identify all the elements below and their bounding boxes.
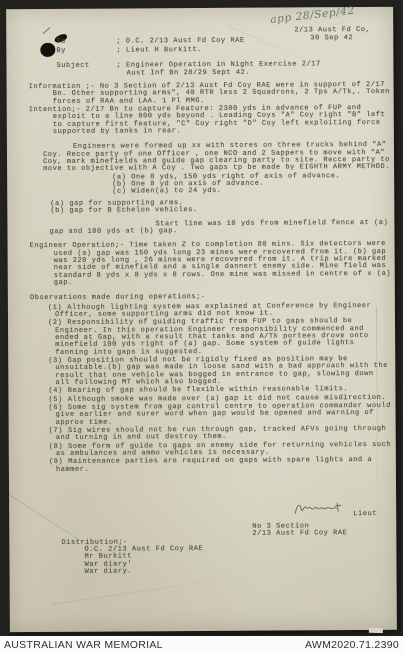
ink-blot-icon	[40, 43, 55, 57]
gap-purpose-label: (b)	[50, 207, 64, 215]
observation-text: Gap position should not be rigidly fixed…	[55, 355, 388, 387]
distribution-block: Distribution;- O.C. 2/13 Aust Fd Coy RAE…	[61, 539, 203, 576]
subject-label: Subject	[56, 61, 116, 79]
paper-edge-tab	[369, 628, 383, 633]
engineer-operation-paragraph: Engineer Operation;- Time taken Z to com…	[30, 241, 392, 287]
distribution-items: O.C. 2/13 Aust Fd Coy RAE Mr Burkitt War…	[84, 546, 203, 576]
gap-spec-label: (c)	[112, 188, 126, 196]
signature-rank: Lieut	[353, 511, 377, 518]
gap-spec-list: (a) One 8 yds, 150 yds right of axis of …	[112, 173, 391, 197]
by-row: By ; Lieut H Burkitt.	[56, 45, 320, 55]
gap-spec-text: Widen(a) to 24 yds.	[131, 187, 221, 196]
by-label: By	[56, 46, 116, 55]
observation-item: (9)Maintenance parties are required on g…	[31, 457, 393, 474]
information-paragraph: Information ;- No 3 Section of 2/13 Aust…	[29, 82, 391, 106]
observation-number: (4)	[48, 387, 62, 395]
addressing-block: To ; O.C. 2/13 Aust Fd Coy RAE By ; Lieu…	[56, 36, 321, 79]
signature-icon	[292, 500, 344, 518]
gap-purpose-text: gap for B Echelon vehicles.	[69, 206, 197, 215]
observation-text: Some sig system from gap control centre …	[56, 402, 391, 427]
observation-number: (5)	[48, 396, 62, 404]
subject-row: Subject ; Engineer Operation in Night Ex…	[56, 60, 320, 79]
to-value: ; O.C. 2/13 Aust Fd Coy RAE	[116, 37, 244, 47]
pencil-annotation: app 28/Sep/42	[270, 5, 356, 26]
by-value: ; Lieut H Burkitt.	[116, 46, 202, 55]
observation-text: Maintenance parties are required on gaps…	[56, 456, 372, 473]
archive-name: AUSTRALIAN WAR MEMORIAL	[4, 639, 163, 651]
to-label: To	[56, 38, 116, 47]
signature-unit: 2/13 Aust Fd Coy RAE	[252, 530, 347, 538]
photo-background: app 28/Sep/42 2/13 Aust Fd Co, 30 Sep 42…	[0, 0, 403, 653]
observation-text: Although lighting system was explained a…	[55, 302, 371, 319]
intention-paragraph: Intention;- 2/17 Bn to capture Feature: …	[29, 105, 391, 137]
observation-item: (2)Responsibility of guiding traffic fro…	[30, 318, 392, 357]
gap-spec-row: (c) Widen(a) to 24 yds.	[112, 187, 391, 196]
paper-crease	[51, 577, 239, 606]
observation-item: (3)Gap position should not be rigidly fi…	[30, 356, 392, 388]
archive-caption-bar: AUSTRALIAN WAR MEMORIAL AWM2020.71.2390	[0, 636, 403, 653]
observation-text: Responsibility of guiding traffic from F…	[55, 317, 369, 356]
engineers-paragraph: Engineers were formed up xx with stores …	[29, 142, 391, 174]
start-line-paragraph: Start line was 10 yds from minefield fen…	[29, 219, 391, 236]
document-body: Information ;- No 3 Section of 2/13 Aust…	[29, 82, 393, 475]
gap-purpose-row: (b) gap for B Echelon vehicles.	[50, 206, 391, 215]
pencil-tick	[43, 27, 50, 34]
gap-purpose-list: (a) gap for supporting arms. (b) gap for…	[50, 199, 391, 216]
observation-item: (6)Some sig system from gap control cent…	[31, 403, 393, 427]
distribution-item: War diary.	[85, 568, 204, 576]
subject-value: ; Engineer Operation in Night Exercise 2…	[116, 60, 320, 79]
subject-line-2: Aust Inf Bn 28/29 Sept 42.	[126, 69, 320, 79]
document-page: app 28/Sep/42 2/13 Aust Fd Co, 30 Sep 42…	[6, 7, 397, 632]
observation-text: Sig wires should not be run through gap,…	[56, 425, 387, 442]
archive-accession-number: AWM2020.71.2390	[305, 639, 399, 651]
